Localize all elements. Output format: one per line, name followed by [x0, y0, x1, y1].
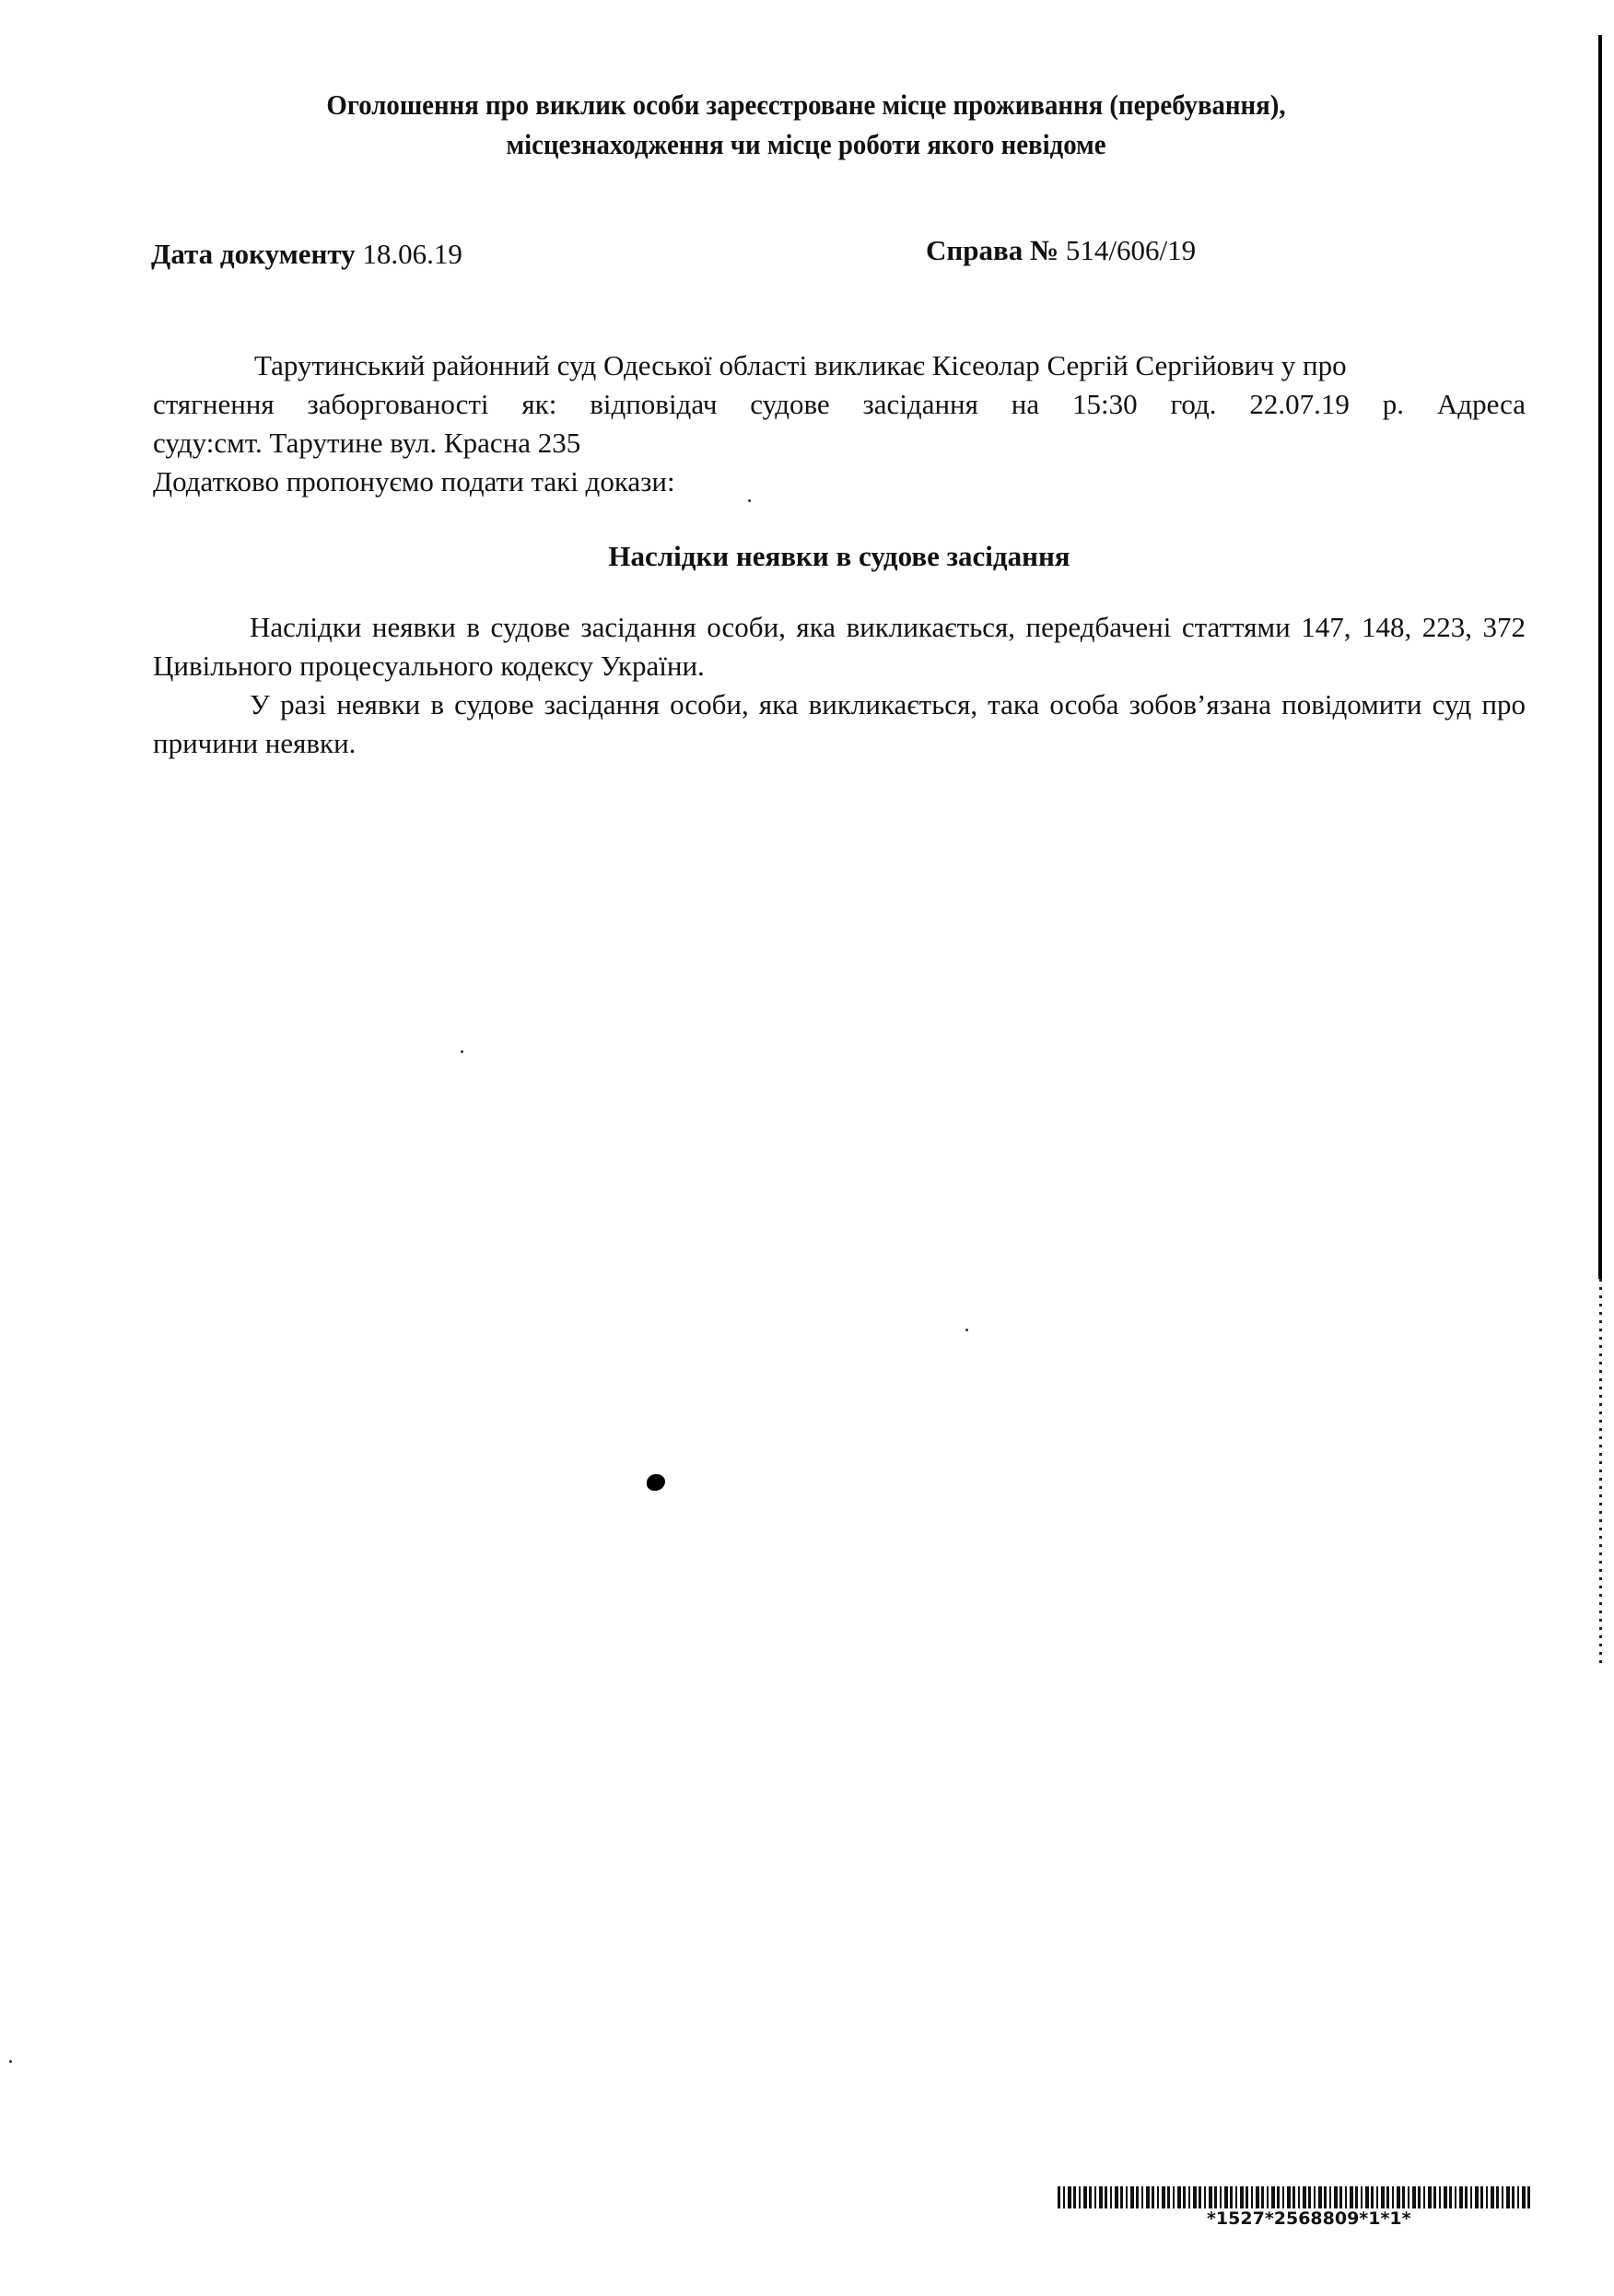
date-label: Дата документу [151, 238, 356, 270]
case-number: Справа № 514/606/19 [926, 234, 1196, 267]
case-value: 514/606/19 [1066, 234, 1196, 266]
summons-line-3: суду:смт. Тарутине вул. Красна 235 [153, 424, 1526, 463]
summons-paragraph: Тарутинський районний суд Одеської облас… [153, 346, 1526, 501]
summons-line-4: Додатково пропонуємо подати такі докази: [153, 463, 1526, 501]
section-heading: Наслідки неявки в судове засідання [153, 540, 1526, 573]
barcode-number: *1527*2568809*1*1* [1207, 2208, 1411, 2229]
scanner-edge-line [1598, 35, 1602, 1279]
scan-speck [748, 499, 751, 502]
consequences-section: Наслідки неявки в судове засідання особи… [153, 608, 1526, 763]
consequences-paragraph-1: Наслідки неявки в судове засідання особи… [153, 608, 1526, 685]
barcode [1058, 2186, 1533, 2208]
consequences-paragraph-2: У разі неявки в судове засідання особи, … [153, 685, 1526, 763]
summons-line-2: стягнення заборгованості як: відповідач … [153, 385, 1526, 424]
document-title: Оголошення про виклик особи зареєстрован… [185, 85, 1428, 164]
document-date: Дата документу 18.06.19 [151, 238, 462, 271]
case-label: Справа № [926, 234, 1058, 266]
summons-line-1: Тарутинський районний суд Одеської облас… [153, 346, 1526, 385]
scan-speck [965, 1329, 968, 1331]
scan-speck [9, 2060, 12, 2063]
date-value: 18.06.19 [362, 238, 462, 270]
title-line-2: місцезнаходження чи місце роботи якого н… [185, 124, 1428, 164]
title-line-1: Оголошення про виклик особи зареєстрован… [185, 85, 1428, 124]
scan-speck [461, 1050, 463, 1053]
ink-blot [647, 1474, 665, 1491]
scanner-edge-line-faded [1599, 1279, 1602, 1666]
